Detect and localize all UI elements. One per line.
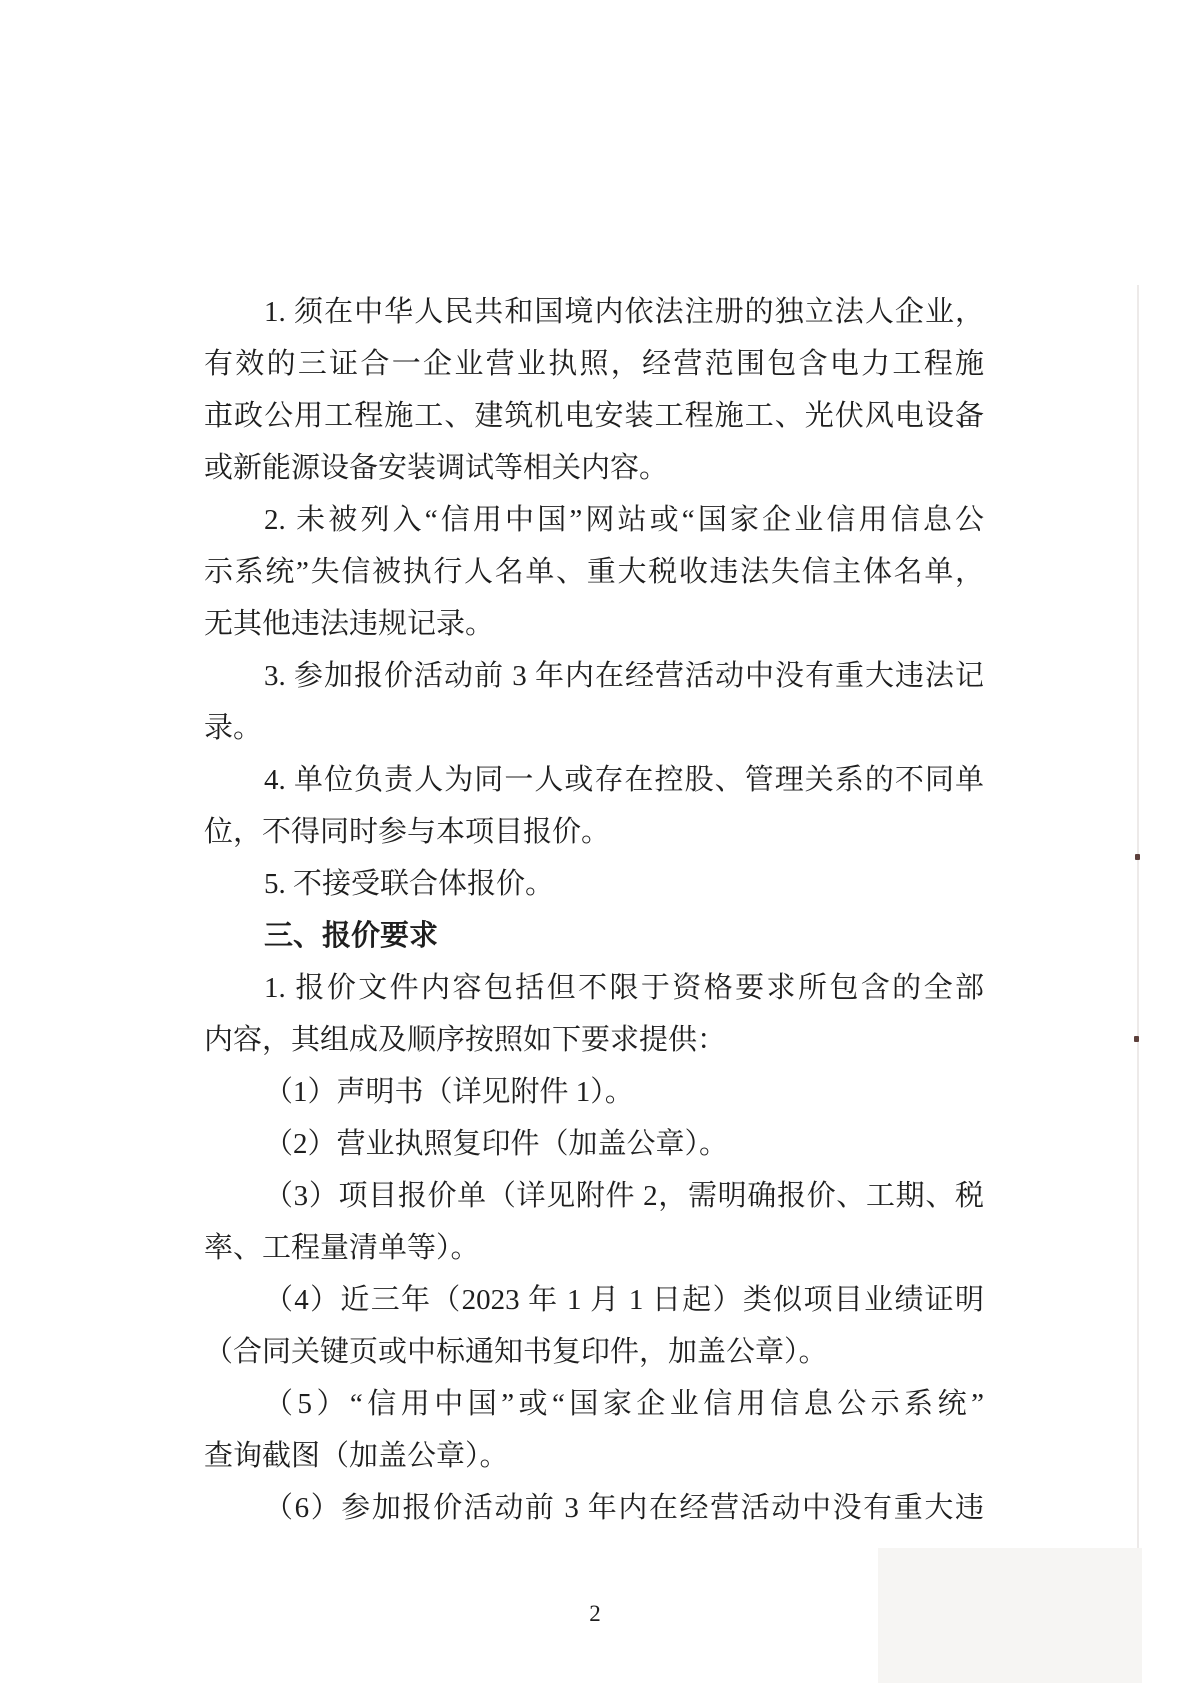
scan-artifact-vertical-line — [1137, 285, 1139, 1565]
body-line: 3. 参加报价活动前 3 年内在经营活动中没有重大违法记 — [204, 650, 984, 702]
body-line: 示系统”失信被执行人名单、重大税收违法失信主体名单， — [204, 546, 984, 598]
body-line: 4. 单位负责人为同一人或存在控股、管理关系的不同单 — [204, 754, 984, 806]
body-line: （4）近三年（2023 年 1 月 1 日起）类似项目业绩证明 — [204, 1274, 984, 1326]
body-line: 率、工程量清单等）。 — [204, 1222, 984, 1274]
body-line: 有效的三证合一企业营业执照，经营范围包含电力工程施工、 — [204, 338, 984, 390]
body-line: （2）营业执照复印件（加盖公章）。 — [204, 1118, 984, 1170]
body-line: 位，不得同时参与本项目报价。 — [204, 806, 984, 858]
body-line: 录。 — [204, 702, 984, 754]
body-line: 查询截图（加盖公章）。 — [204, 1430, 984, 1482]
document-body: 1. 须在中华人民共和国境内依法注册的独立法人企业， 有效的三证合一企业营业执照… — [204, 286, 984, 1534]
scan-artifact-speck — [1135, 854, 1140, 860]
body-line: 或新能源设备安装调试等相关内容。 — [204, 442, 984, 494]
body-line: 1. 报价文件内容包括但不限于资格要求所包含的全部 — [204, 962, 984, 1014]
document-page: 1. 须在中华人民共和国境内依法注册的独立法人企业， 有效的三证合一企业营业执照… — [0, 0, 1190, 1683]
scan-artifact-shading — [878, 1548, 1142, 1683]
body-line: （5）“信用中国”或“国家企业信用信息公示系统” — [204, 1378, 984, 1430]
body-line: 内容，其组成及顺序按照如下要求提供： — [204, 1014, 984, 1066]
body-line: （1）声明书（详见附件 1）。 — [204, 1066, 984, 1118]
scan-artifact-speck — [1134, 1036, 1139, 1042]
body-line: （合同关键页或中标通知书复印件，加盖公章）。 — [204, 1326, 984, 1378]
body-line: 5. 不接受联合体报价。 — [204, 858, 984, 910]
section-heading: 三、报价要求 — [204, 910, 984, 962]
body-line: 无其他违法违规记录。 — [204, 598, 984, 650]
body-line: 2. 未被列入“信用中国”网站或“国家企业信用信息公 — [204, 494, 984, 546]
body-line: （3）项目报价单（详见附件 2，需明确报价、工期、税 — [204, 1170, 984, 1222]
body-line: 市政公用工程施工、建筑机电安装工程施工、光伏风电设备 — [204, 390, 984, 442]
body-line: 1. 须在中华人民共和国境内依法注册的独立法人企业， — [204, 286, 984, 338]
body-line: （6）参加报价活动前 3 年内在经营活动中没有重大违 — [204, 1482, 984, 1534]
